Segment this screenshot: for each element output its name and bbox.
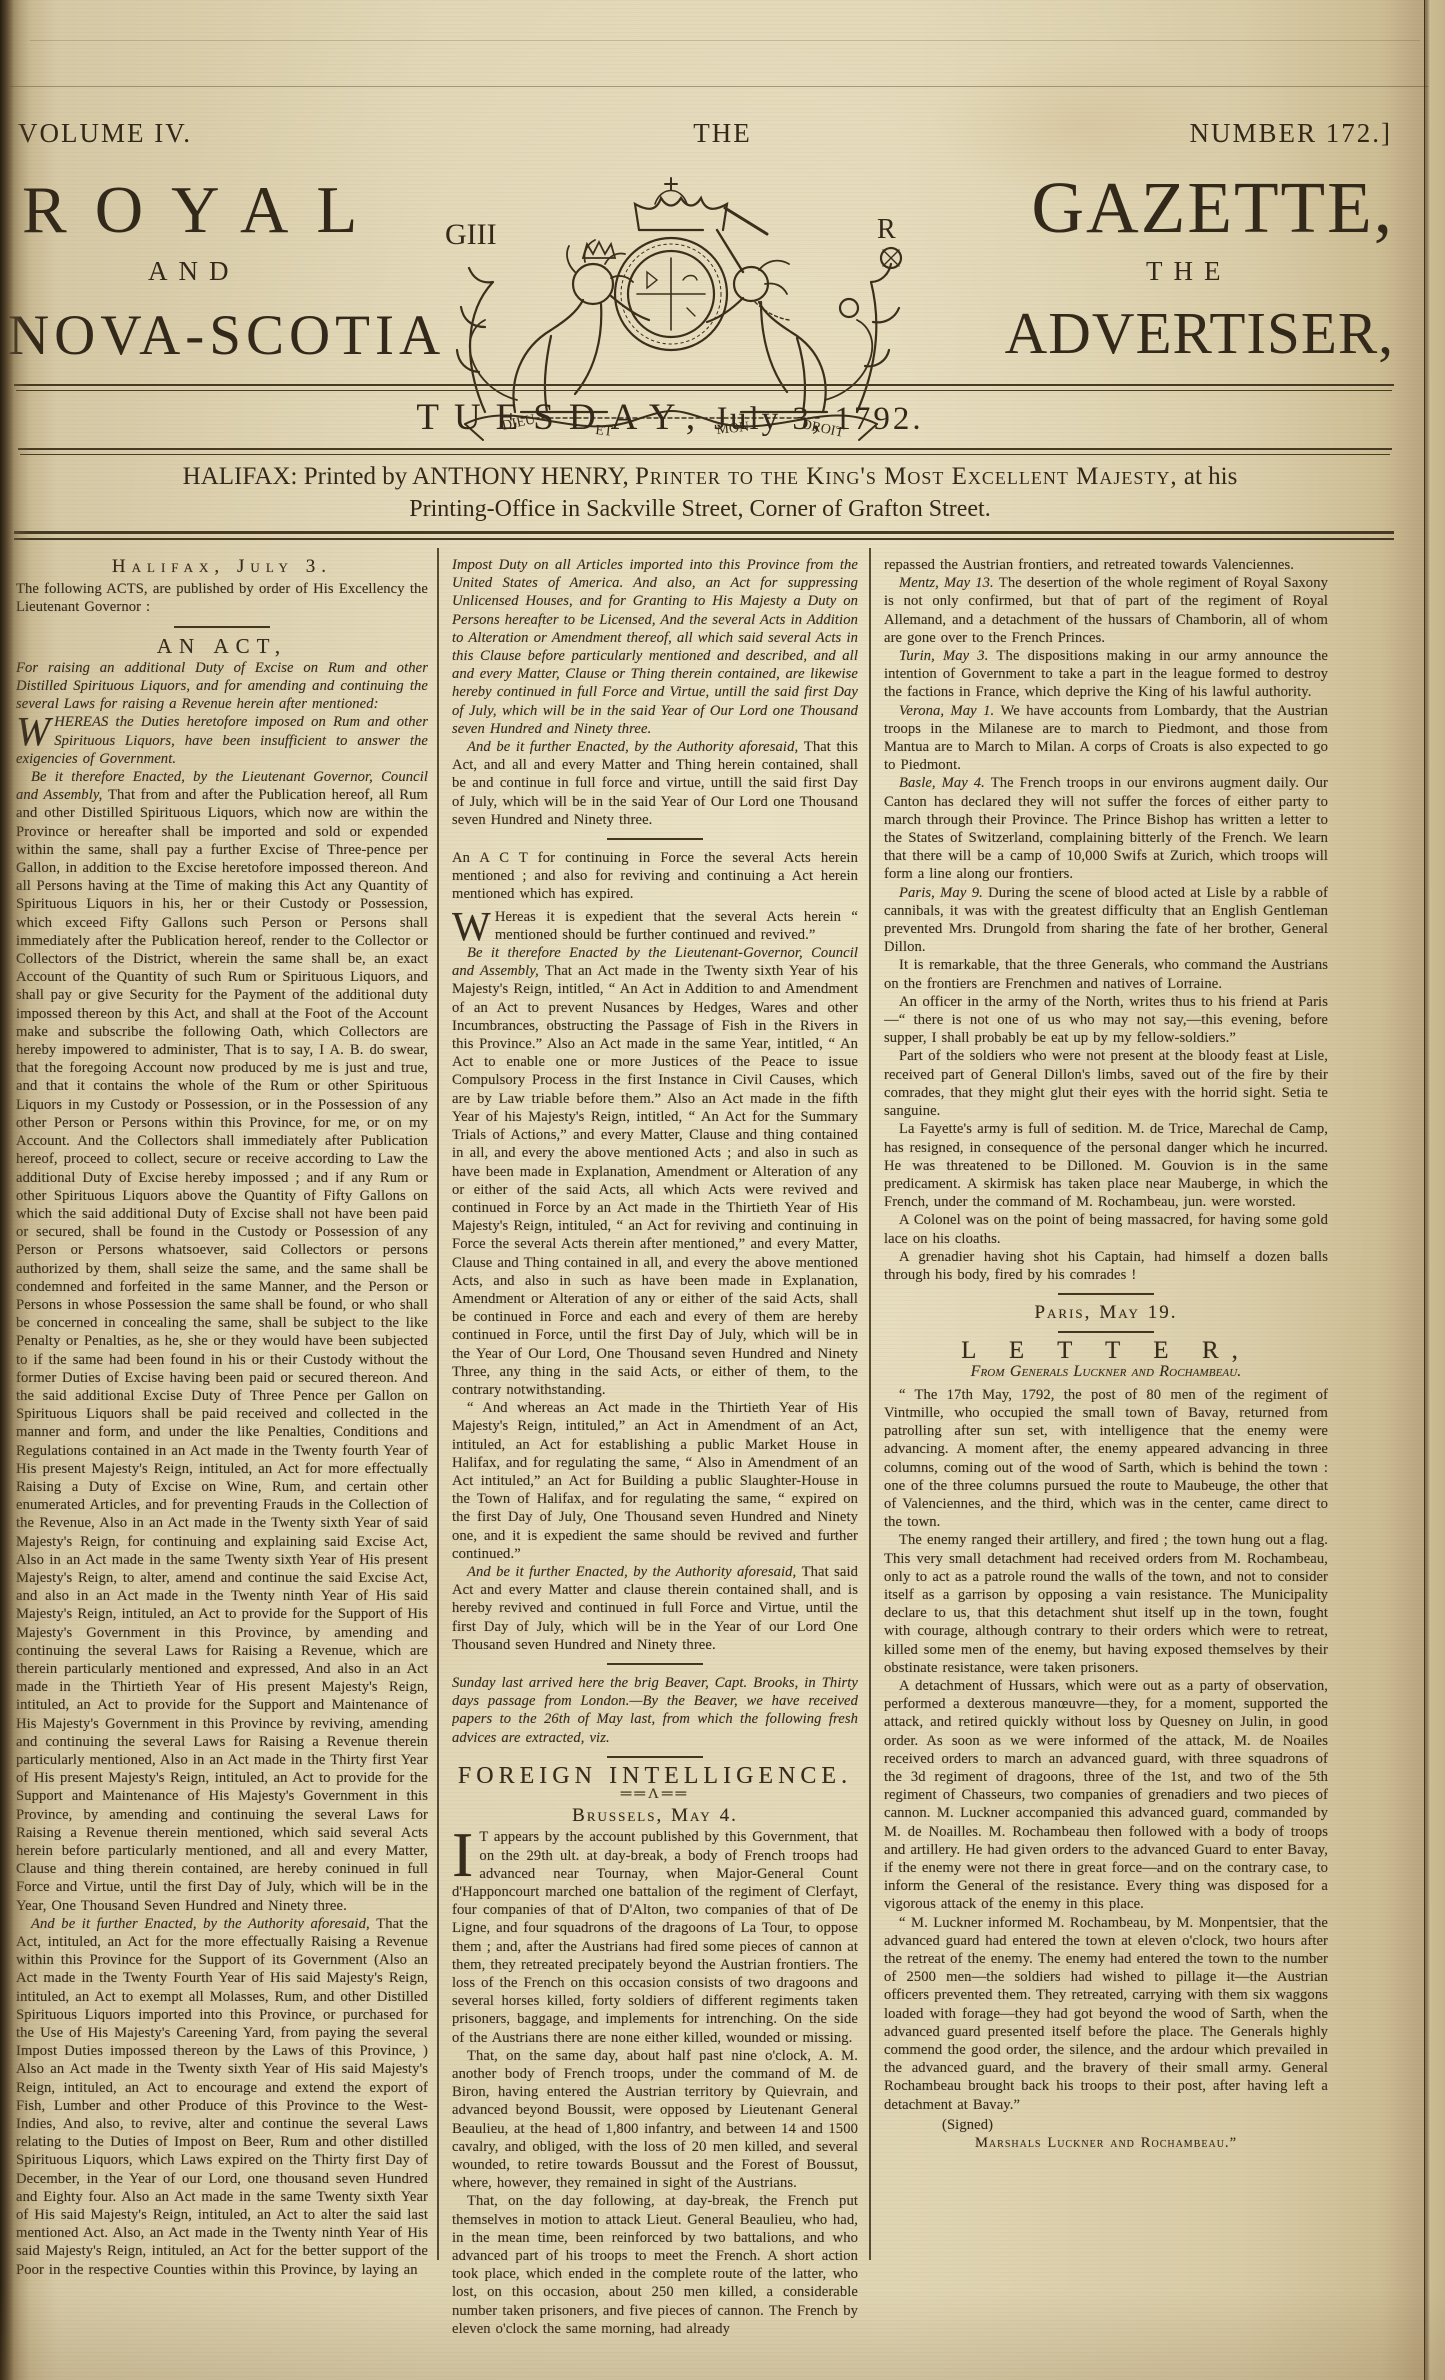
paragraph: Be it therefore Enacted, by the Lieutena…: [16, 768, 428, 1915]
paragraph: A detachment of Hussars, which were out …: [884, 1677, 1328, 1914]
paragraph: That, on the day following, at day-break…: [452, 2192, 858, 2338]
masthead-and: AND: [148, 256, 240, 287]
paragraph: And be it further Enacted, by the Author…: [452, 738, 858, 829]
paragraph: Part of the soldiers who were not presen…: [884, 1047, 1328, 1120]
paragraph: The following ACTS, are published by ord…: [16, 580, 428, 616]
letter-subheading: From Generals Luckner and Rochambeau.: [884, 1363, 1328, 1381]
short-rule: [174, 626, 270, 628]
title-gazette: GAZETTE,: [958, 166, 1394, 250]
paragraph: La Fayette's army is full of sedition. M…: [884, 1120, 1328, 1211]
dateline-rule: [20, 454, 1390, 455]
paragraph: Sunday last arrived here the brig Beaver…: [452, 1674, 858, 1747]
column-rule: [437, 548, 439, 2260]
paragraph: WHEREAS the Duties heretofore imposed on…: [16, 713, 428, 768]
letter-heading: L E T T E R,: [884, 1342, 1328, 1360]
imprint-rule: [14, 538, 1394, 540]
dateline-rule: [18, 448, 1392, 450]
imprint-seg1: HALIFAX: Printed by ANTHONY HENRY,: [183, 463, 635, 490]
paragraph: A grenadier having shot his Captain, had…: [884, 1248, 1328, 1284]
dateline-day: TUESDAY,: [416, 397, 710, 438]
paragraph: It is remarkable, that the three General…: [884, 956, 1328, 992]
act-heading: AN ACT,: [16, 637, 428, 655]
paragraph: The enemy ranged their artillery, and fi…: [884, 1531, 1328, 1677]
signed-name: Marshals Luckner and Rochambeau.”: [884, 2134, 1328, 2152]
column-3: repassed the Austrian frontiers, and ret…: [884, 556, 1328, 2348]
paragraph: And be it further Enacted, by the Author…: [16, 1915, 428, 2279]
column-1: Halifax, July 3.The following ACTS, are …: [16, 556, 428, 2348]
paragraph: That, on the same day, about half past n…: [452, 2047, 858, 2193]
imprint-rule: [14, 531, 1394, 534]
paragraph: For raising an additional Duty of Excise…: [16, 659, 428, 714]
title-royal: ROYAL: [22, 172, 385, 249]
dateline-rest: July 3, 1792.: [714, 401, 924, 437]
imprint-seg2: Printer to the King's Most Excellent Maj…: [635, 463, 1178, 490]
brussels-dateline: Brussels, May 4.: [452, 1807, 858, 1825]
paragraph: Impost Duty on all Articles imported int…: [452, 556, 858, 738]
paragraph: “ The 17th May, 1792, the post of 80 men…: [884, 1386, 1328, 1532]
paragraph: IT appears by the account published by t…: [452, 1828, 858, 2046]
paragraph: “ M. Luckner informed M. Rochambeau, by …: [884, 1914, 1328, 2114]
paragraph: Basle, May 4. The French troops in our e…: [884, 774, 1328, 883]
page-right-edge: [1424, 0, 1445, 2380]
imprint-line2: Printing-Office in Sackville Street, Cor…: [10, 496, 1390, 523]
column-2: Impost Duty on all Articles imported int…: [452, 556, 858, 2348]
newspaper-page: VOLUME IV. THE NUMBER 172.] ROYAL GAZETT…: [0, 0, 1445, 2380]
paris-dateline: Paris, May 19.: [884, 1304, 1328, 1322]
masthead-the-right: THE: [1146, 256, 1231, 287]
act-heading-paragraph: An A C T for continuing in Force the sev…: [452, 849, 858, 904]
imprint-seg3: at his: [1178, 463, 1238, 490]
paragraph: Paris, May 9. During the scene of blood …: [884, 884, 1328, 957]
imprint-line: HALIFAX: Printed by ANTHONY HENRY, Print…: [10, 463, 1410, 491]
paragraph: A Colonel was on the point of being mass…: [884, 1211, 1328, 1247]
foreign-intelligence-heading: FOREIGN INTELLIGENCE.: [452, 1767, 858, 1785]
column-rule: [869, 548, 871, 2260]
paper-crease-line: [10, 86, 1430, 87]
issue-dateline: TUESDAY, July 3, 1792.: [0, 396, 1340, 439]
paragraph: WHereas it is expedient that the several…: [452, 908, 858, 944]
short-rule: [607, 1756, 703, 1758]
crest-rex-initial: R: [877, 214, 896, 245]
paragraph: Be it therefore Enacted by the Lieutenan…: [452, 944, 858, 1399]
title-advertiser: ADVERTISER,: [958, 299, 1394, 368]
short-rule: [1058, 1293, 1154, 1295]
title-nova-scotia: NOVA-SCOTIA: [8, 303, 445, 368]
paragraph: repassed the Austrian frontiers, and ret…: [884, 556, 1328, 574]
paragraph: Turin, May 3. The dispositions making in…: [884, 647, 1328, 702]
book-spine-edge: [0, 0, 30, 2380]
halifax-heading: Halifax, July 3.: [16, 558, 428, 576]
paper-crease-line: [30, 40, 1420, 41]
paragraph: And be it further Enacted, by the Author…: [452, 1563, 858, 1654]
signed-label: (Signed): [884, 2116, 1328, 2134]
short-rule: [607, 1663, 703, 1665]
paragraph: “ And whereas an Act made in the Thirtie…: [452, 1399, 858, 1563]
paragraph: An officer in the army of the North, wri…: [884, 993, 1328, 1048]
short-rule: [607, 838, 703, 840]
masthead-rule: [16, 390, 1392, 391]
paragraph: Verona, May 1. We have accounts from Lom…: [884, 702, 1328, 775]
short-rule: [1058, 1331, 1154, 1333]
crest-king-initial: GIII: [445, 218, 497, 251]
paragraph: Mentz, May 13. The desertion of the whol…: [884, 574, 1328, 647]
masthead-rule: [14, 384, 1394, 386]
